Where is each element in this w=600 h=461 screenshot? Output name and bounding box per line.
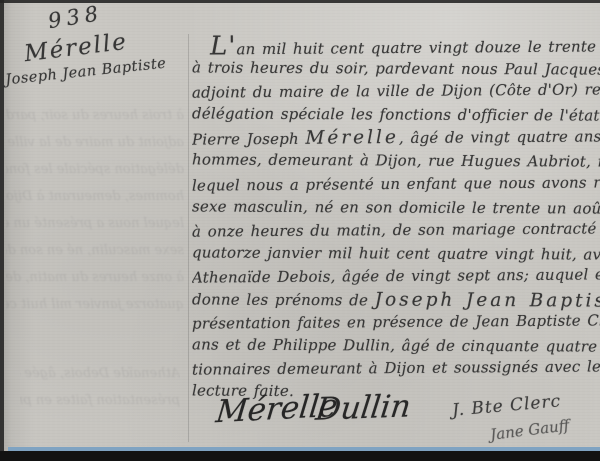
act-body-text: L'an mil huit cent quatre vingt douze le…: [192, 34, 600, 404]
body-line: sexe masculin, né en son domicile le tre…: [192, 195, 600, 220]
body-line-father-name: Pierre Joseph Mérelle, âgé de vingt quat…: [192, 125, 600, 151]
father-surname-emphasis: Mérelle: [305, 127, 399, 149]
body-line: lequel nous a présenté un enfant que nou…: [192, 171, 600, 197]
scan-edge-bottom: [0, 451, 600, 461]
child-given-names-emphasis: Joseph Jean Baptiste: [375, 289, 600, 311]
body-line: tionnaires demeurant à Dijon et soussign…: [192, 356, 600, 382]
body-line: adjoint du maire de la ville de Dijon (C…: [192, 79, 600, 105]
act-number: 938: [46, 1, 104, 33]
bleed-through-ghost-text: Athenaïde Debois, âgée de vingt sept ans…: [20, 360, 180, 430]
bleed-through-ghost-text: à trois heures du soir, pardevant nous P…: [6, 102, 184, 352]
body-line: quatorze janvier mil huit cent quatre vi…: [192, 241, 600, 266]
signature-officer: Jane Gauff: [489, 416, 570, 444]
document-scan: à trois heures du soir, pardevant nous P…: [0, 0, 600, 461]
scan-edge-left: [0, 0, 4, 461]
signature-witness-dullin: Dullin: [314, 388, 413, 427]
margin-rule-line: [188, 34, 189, 442]
body-line: présentation faites en présence de Jean …: [192, 310, 600, 336]
body-line: à onze heures du matin, de son mariage c…: [192, 217, 600, 243]
body-line: hommes, demeurant à Dijon, rue Hugues Au…: [192, 149, 600, 174]
body-line: Athenaïde Debois, âgée de vingt sept ans…: [192, 263, 600, 289]
body-line: L'an mil huit cent quatre vingt douze le…: [192, 34, 600, 59]
